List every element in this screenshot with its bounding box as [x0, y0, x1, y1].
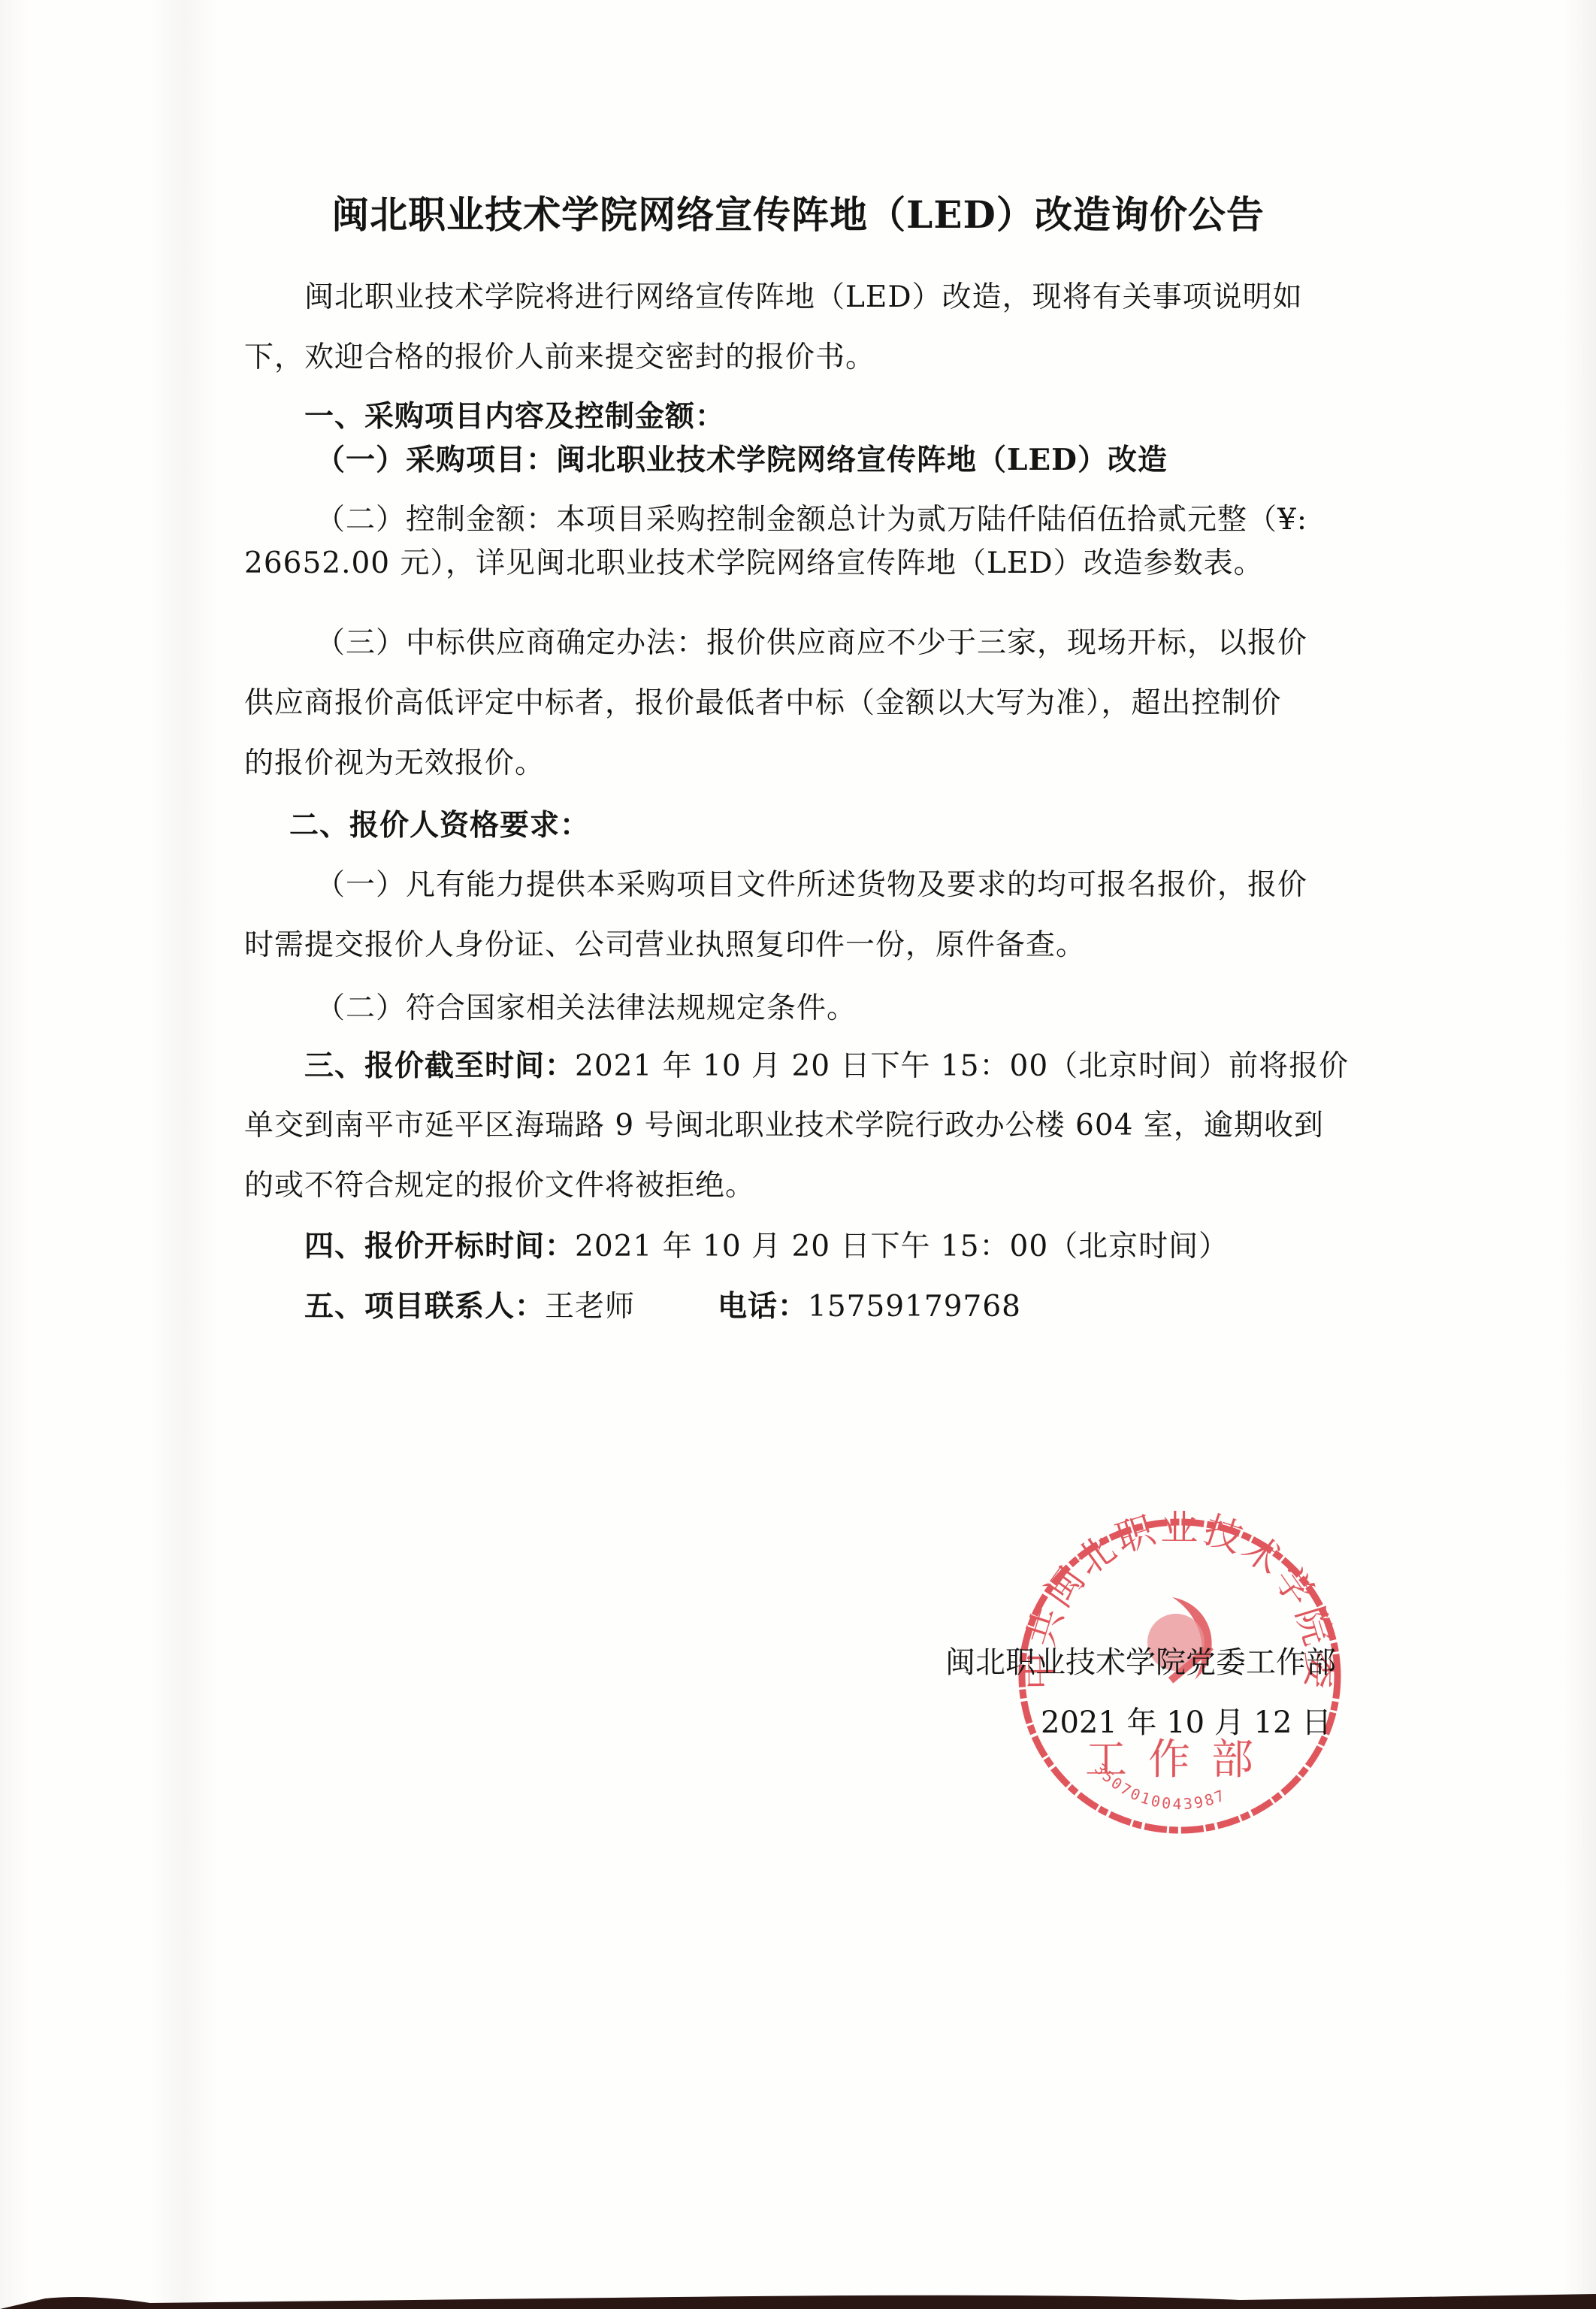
section-1-item-1: （一）采购项目：闽北职业技术学院网络宣传阵地（LED）改造 [316, 442, 1168, 478]
section-3-line-2: 单交到南平市延平区海瑞路 9 号闽北职业技术学院行政办公楼 604 室，逾期收到 [244, 1108, 1324, 1144]
section-4-value: 2021 年 10 月 20 日下午 15：00（北京时间） [575, 1230, 1229, 1263]
section-2-item-1-line-1: （一）凡有能力提供本采购项目文件所述货物及要求的均可报名报价，报价 [316, 867, 1307, 903]
scanned-page: 闽北职业技术学院网络宣传阵地（LED）改造询价公告 闽北职业技术学院将进行网络宣… [0, 0, 1596, 2309]
intro-line-1: 闽北职业技术学院将进行网络宣传阵地（LED）改造，现将有关事项说明如 [304, 280, 1303, 316]
section-1-item-2-line-1: （二）控制金额：本项目采购控制金额总计为贰万陆仟陆佰伍拾贰元整（¥: [316, 502, 1307, 538]
section-3-deadline: 2021 年 10 月 20 日下午 15：00（北京时间）前将报价 [575, 1049, 1349, 1083]
phone-label: 电话： [718, 1289, 808, 1324]
contact-name: 王老师 [545, 1290, 635, 1324]
section-1-item-3-line-3: 的报价视为无效报价。 [244, 746, 545, 782]
section-4-label: 四、报价开标时间： [304, 1229, 575, 1263]
section-2-heading: 二、报价人资格要求： [289, 807, 590, 843]
section-1-item-2-line-2: 26652.00 元），详见闽北职业技术学院网络宣传阵地（LED）改造参数表。 [244, 546, 1264, 582]
section-3-label: 三、报价截至时间： [304, 1049, 575, 1083]
paper-fold-shadow [150, 0, 218, 2309]
intro-line-2: 下，欢迎合格的报价人前来提交密封的报价书。 [244, 340, 875, 376]
section-1-heading: 一、采购项目内容及控制金额： [304, 398, 725, 434]
section-2-item-2: （二）符合国家相关法律法规规定条件。 [316, 991, 857, 1027]
section-1-item-3-line-1: （三）中标供应商确定办法：报价供应商应不少于三家，现场开标，以报价 [316, 625, 1307, 661]
section-2-item-1-line-2: 时需提交报价人身份证、公司营业执照复印件一份，原件备查。 [244, 928, 1086, 964]
signature-date: 2021 年 10 月 12 日 [1041, 1705, 1332, 1741]
signature-organization: 闽北职业技术学院党委工作部 [945, 1645, 1336, 1681]
section-3-line-1: 三、报价截至时间：2021 年 10 月 20 日下午 15：00（北京时间）前… [304, 1048, 1349, 1085]
section-5-label: 五、项目联系人： [304, 1289, 545, 1324]
section-5-line: 五、项目联系人：王老师电话：15759179768 [304, 1288, 1021, 1325]
scan-bottom-edge [0, 2292, 1596, 2309]
document-title: 闽北职业技术学院网络宣传阵地（LED）改造询价公告 [0, 192, 1596, 238]
section-1-item-3-line-2: 供应商报价高低评定中标者，报价最低者中标（金额以大写为准），超出控制价 [244, 685, 1282, 722]
section-4-line: 四、报价开标时间：2021 年 10 月 20 日下午 15：00（北京时间） [304, 1228, 1229, 1265]
section-3-line-3: 的或不符合规定的报价文件将被拒绝。 [244, 1168, 755, 1204]
phone-number: 15759179768 [808, 1290, 1021, 1324]
